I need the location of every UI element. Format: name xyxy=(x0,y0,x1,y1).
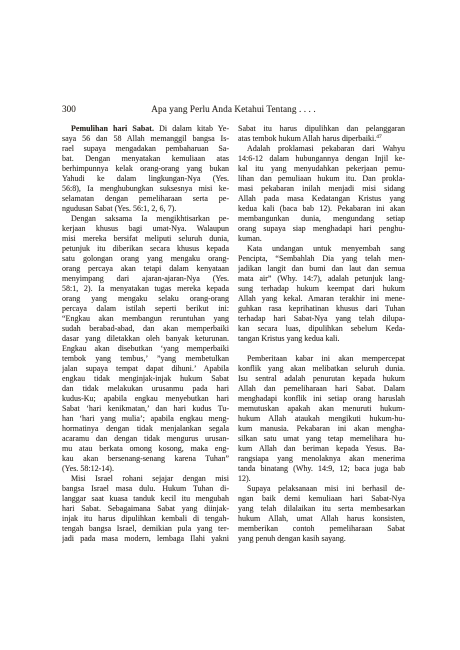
text-line: mata air” (Why. 14:7), adalah petunjuk l… xyxy=(238,274,405,284)
text-line: acaramu dan dengan tidak mengurus urusan… xyxy=(62,434,229,444)
text-line: dan tidak melakukan urusanmu pada hari xyxy=(62,384,229,394)
text-line: rangsiapa yang menolaknya akan menerima xyxy=(238,454,405,464)
text-line: Engkau akan disebutkan ‘yang memperbaiki xyxy=(62,344,229,354)
text-line: kudus-Ku; apabila engkau menyebutkan har… xyxy=(62,394,229,404)
text-line: hukum Allah, umat Allah harus konsisten, xyxy=(238,514,405,524)
text-line: tanda binatang (Why. 14:9, 12; baca juga… xyxy=(238,464,405,474)
text-line: tangan Kristus yang kedua kali. xyxy=(238,334,405,344)
text-line: jadi pada masa modern, lembaga Ilahi yak… xyxy=(62,534,229,544)
text-line: misi mereka bersifat meliputi seluruh du… xyxy=(62,234,229,244)
text-line: petunjuk itu diberikan secara khusus kep… xyxy=(62,244,229,254)
text-line: kan secara luas, dipulihkan sebelum Keda… xyxy=(238,324,405,334)
text-line: 56:8), Ia menghubungkan suksesnya misi k… xyxy=(62,184,229,194)
text-line: Sabat ‘hari kenikmatan,’ dan hari kudus … xyxy=(62,404,229,414)
text-line: tembok yang tembus,’ ”yang membetulkan xyxy=(62,354,229,364)
text-line: percaya dalam istilah seperti berikut in… xyxy=(62,304,229,314)
text-line: injak itu harus dipulihkan kembali di te… xyxy=(62,514,229,524)
text-line: menghadapi konflik ini setiap orang haru… xyxy=(238,394,405,404)
text-line: kau akan bersenang-senang karena Tuhan” xyxy=(62,454,229,464)
text-line: (Yes. 58:12-14). xyxy=(62,464,229,474)
text-column-right: Sabat itu harus dipulihkan dan pelanggar… xyxy=(238,124,405,544)
text-line: Adalah proklamasi pekabaran dari Wahyu xyxy=(238,144,405,154)
book-page: 300 Apa yang Perlu Anda Ketahui Tentang … xyxy=(0,0,460,650)
text-line: kerjaan khusus bagi umat-Nya. Walaupun xyxy=(62,224,229,234)
text-line: saya 56 dan 58 Allah memanggil bangsa Is… xyxy=(62,134,229,144)
text-line: orang supaya siap menghadapi hari penghu… xyxy=(238,224,405,234)
text-line: han ‘hari yang mulia’; apabila engkau me… xyxy=(62,414,229,424)
text-line: dasar yang diletakkan oleh banyak keturu… xyxy=(62,334,229,344)
text-line: atas tembok hukum Allah harus diperbaiki… xyxy=(238,134,405,144)
paragraph: Kata undangan untuk menyembah sangPencip… xyxy=(238,244,405,344)
text-column-left: Pemulihan hari Sabat. Di dalam kitab Ye-… xyxy=(62,124,229,544)
text-line: sung terhadap hukum keempat dari hukum xyxy=(238,284,405,294)
text-line: engkau tidak menginjak-injak hukum Sabat xyxy=(62,374,229,384)
text-line: memberikan contoh pemeliharaan Sabat xyxy=(238,524,405,534)
text-line: “Engkau akan membangun reruntuhan yang xyxy=(62,314,229,324)
text-line: membangunkan dunia, mengundang setiap xyxy=(238,214,405,224)
text-line: guhkan rasa keprihatinan khusus dari Tuh… xyxy=(238,304,405,314)
text-line: 58:1, 2). Ia menyatakan tugas mereka kep… xyxy=(62,284,229,294)
text-line: 14:6-12 dalam hubungannya dengan Injil k… xyxy=(238,154,405,164)
text-line: satu golongan orang yang mengaku orang- xyxy=(62,254,229,264)
running-title: Apa yang Perlu Anda Ketahui Tentang . . … xyxy=(62,103,405,116)
text-line: sudah berabad-abad, dan akan memperbaiki xyxy=(62,324,229,334)
text-line: tengah bangsa Israel, demikian pula yang… xyxy=(62,524,229,534)
text-line: selamatan dengan pemeliharaan serta pe- xyxy=(62,194,229,204)
text-line: yang telah dilalaikan itu serta membesar… xyxy=(238,504,405,514)
paragraph: Pemulihan hari Sabat. Di dalam kitab Ye-… xyxy=(62,124,229,214)
paragraph: Supaya pelaksanaan misi ini berhasil de-… xyxy=(238,484,405,544)
text-line: langgar saat kuasa tanduk kecil itu meng… xyxy=(62,494,229,504)
text-line: hukum Allah ataukah mengikuti hukum-hu- xyxy=(238,414,405,424)
text-line: ngudusan Sabat (Yes. 56:1, 2, 6, 7). xyxy=(62,204,229,214)
text-line: kum manusia. Pekabaran ini akan mengha- xyxy=(238,424,405,434)
text-line: lihan dan pemuliaan hukum itu. Dan prokl… xyxy=(238,174,405,184)
text-line: Pencipta, “Sembahlah Dia yang telah men- xyxy=(238,254,405,264)
text-line: Isu sentral adalah penurutan kepada huku… xyxy=(238,374,405,384)
text-line: berhimpunnya kelak orang-orang yang buka… xyxy=(62,164,229,174)
text-line: konflik yang akan melibatkan seluruh dun… xyxy=(238,364,405,374)
text-line: memutuskan apakah akan menuruti hukum- xyxy=(238,404,405,414)
text-line: Sabat itu harus dipulihkan dan pelanggar… xyxy=(238,124,405,134)
text-line: terhadap hari Sabat-Nya yang telah dilup… xyxy=(238,314,405,324)
text-line: Kata undangan untuk menyembah sang xyxy=(238,244,405,254)
text-line: 12). xyxy=(238,474,405,484)
text-columns: Pemulihan hari Sabat. Di dalam kitab Ye-… xyxy=(62,124,405,544)
paragraph: Adalah proklamasi pekabaran dari Wahyu14… xyxy=(238,144,405,244)
text-line: yang penuh dengan kasih sayang. xyxy=(238,534,405,544)
text-line: ngan baik demi kemuliaan hari Sabat-Nya xyxy=(238,494,405,504)
text-line: hari Sabat. Sebagaimana Sabat yang diinj… xyxy=(62,504,229,514)
paragraph: Dengan saksama Ia mengikhtisarkan pe-ker… xyxy=(62,214,229,474)
paragraph: Pemberitaan kabar ini akan mempercepatko… xyxy=(238,354,405,484)
text-line: masi pekabaran inilah menjadi misi sidan… xyxy=(238,184,405,194)
paragraph: Misi Israel rohani sejajar dengan misiba… xyxy=(62,474,229,544)
text-line: Allah pada masa Kedatangan Kristus yang xyxy=(238,194,405,204)
text-line: mu atau berkata omong kosong, maka eng- xyxy=(62,444,229,454)
text-line: jalan supaya tempat dapat dihuni.’ Apabi… xyxy=(62,364,229,374)
text-line: Dengan saksama Ia mengikhtisarkan pe- xyxy=(62,214,229,224)
text-line: silkan satu umat yang tetap memelihara h… xyxy=(238,434,405,444)
text-line: rael supaya mengadakan pembaharuan Sa- xyxy=(62,144,229,154)
text-line: kedua kali (baca bab 12). Pekabaran ini … xyxy=(238,204,405,214)
text-line: menyimpang dari ajaran-ajaran-Nya (Yes. xyxy=(62,274,229,284)
text-line: Allah dan pemeliharaan hari Sabat. Dalam xyxy=(238,384,405,394)
text-line: orang yang mengaku selaku orang-orang xyxy=(62,294,229,304)
text-line: Misi Israel rohani sejajar dengan misi xyxy=(62,474,229,484)
text-line: Yahudi ke dalam lingkungan-Nya (Yes. xyxy=(62,174,229,184)
text-line: jadikan langit dan bumi dan laut dan sem… xyxy=(238,264,405,274)
page-number: 300 xyxy=(62,103,76,116)
running-head: 300 Apa yang Perlu Anda Ketahui Tentang … xyxy=(62,103,405,116)
text-line: Allah yang kekal. Amaran terakhir ini me… xyxy=(238,294,405,304)
footnote-reference: 47 xyxy=(376,134,382,140)
text-line: Pemulihan hari Sabat. Di dalam kitab Ye- xyxy=(62,124,229,134)
text-line: orang percaya akan tetapi dalam kenyataa… xyxy=(62,264,229,274)
text-line: kuman. xyxy=(238,234,405,244)
text-line: hormatinya dengan tidak menjalankan sega… xyxy=(62,424,229,434)
text-line: Pemberitaan kabar ini akan mempercepat xyxy=(238,354,405,364)
text-line: bangsa Israel masa dulu. Hukum Tuhan di- xyxy=(62,484,229,494)
text-line: bat. Dengan menyatakan kemuliaan atas xyxy=(62,154,229,164)
text-line: Supaya pelaksanaan misi ini berhasil de- xyxy=(238,484,405,494)
text-line: kal itu yang menyudahkan pekerjaan pemu- xyxy=(238,164,405,174)
paragraph: Sabat itu harus dipulihkan dan pelanggar… xyxy=(238,124,405,144)
text-line: kum Allah dan beriman kepada Yesus. Ba- xyxy=(238,444,405,454)
